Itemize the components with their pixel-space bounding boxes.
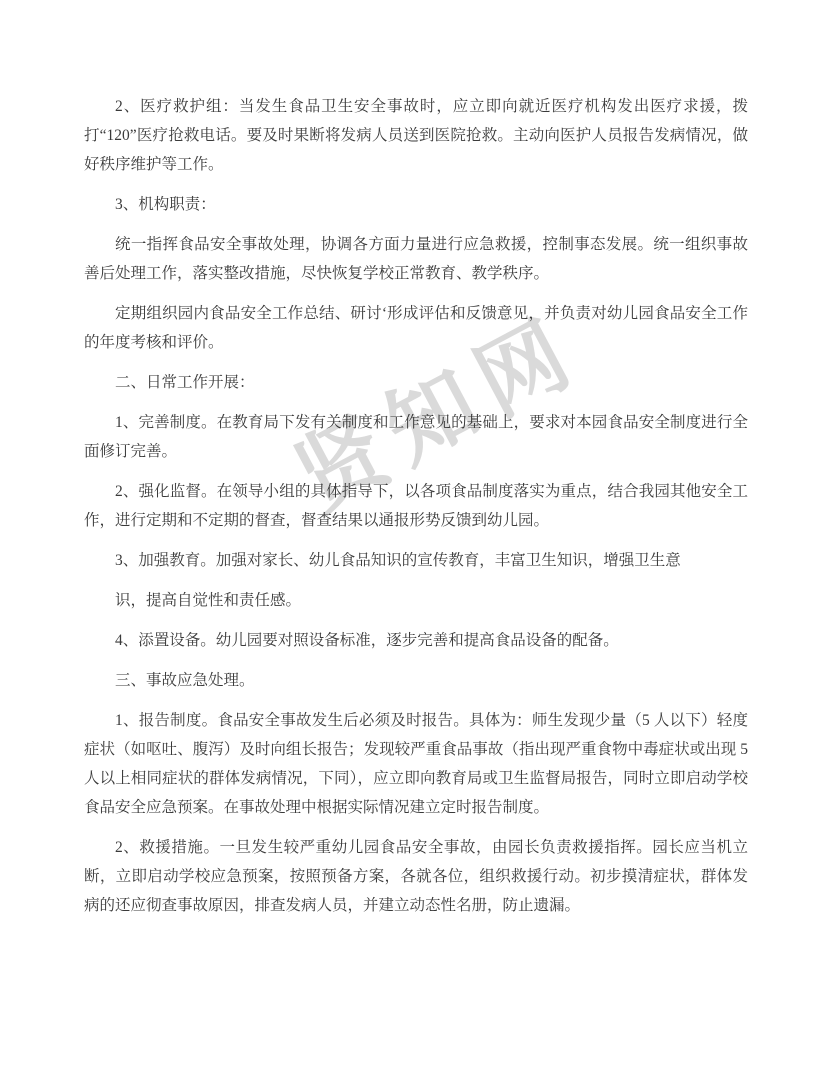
- paragraph: 三、事故应急处理。: [84, 666, 748, 695]
- paragraph: 3、机构职责：: [84, 190, 748, 219]
- document-page: 贤知网 2、医疗救护组：当发生食品卫生安全事故时，应立即向就近医疗机构发出医疗求…: [0, 0, 830, 1074]
- paragraph: 3、加强教育。加强对家长、幼儿食品知识的宣传教育，丰富卫生知识，增强卫生意: [84, 546, 748, 575]
- paragraph: 二、日常工作开展：: [84, 368, 748, 397]
- paragraph: 1、报告制度。食品安全事故发生后必须及时报告。具体为：师生发现少量（5 人以下）…: [84, 706, 748, 822]
- paragraph: 2、强化监督。在领导小组的具体指导下，以各项食品制度落实为重点，结合我园其他安全…: [84, 477, 748, 535]
- paragraph: 4、添置设备。幼儿园要对照设备标准，逐步完善和提高食品设备的配备。: [84, 626, 748, 655]
- document-content: 2、医疗救护组：当发生食品卫生安全事故时，应立即向就近医疗机构发出医疗求援，拨打…: [0, 0, 830, 920]
- paragraph: 2、救援措施。一旦发生较严重幼儿园食品安全事故，由园长负责救援指挥。园长应当机立…: [84, 833, 748, 920]
- paragraph: 2、医疗救护组：当发生食品卫生安全事故时，应立即向就近医疗机构发出医疗求援，拨打…: [84, 92, 748, 179]
- paragraph: 1、完善制度。在教育局下发有关制度和工作意见的基础上，要求对本园食品安全制度进行…: [84, 408, 748, 466]
- paragraph: 统一指挥食品安全事故处理，协调各方面力量进行应急救援，控制事态发展。统一组织事故…: [84, 230, 748, 288]
- paragraph: 定期组织园内食品安全工作总结、研讨‘形成评估和反馈意见，并负责对幼儿园食品安全工…: [84, 299, 748, 357]
- paragraph: 识，提高自觉性和责任感。: [84, 586, 748, 615]
